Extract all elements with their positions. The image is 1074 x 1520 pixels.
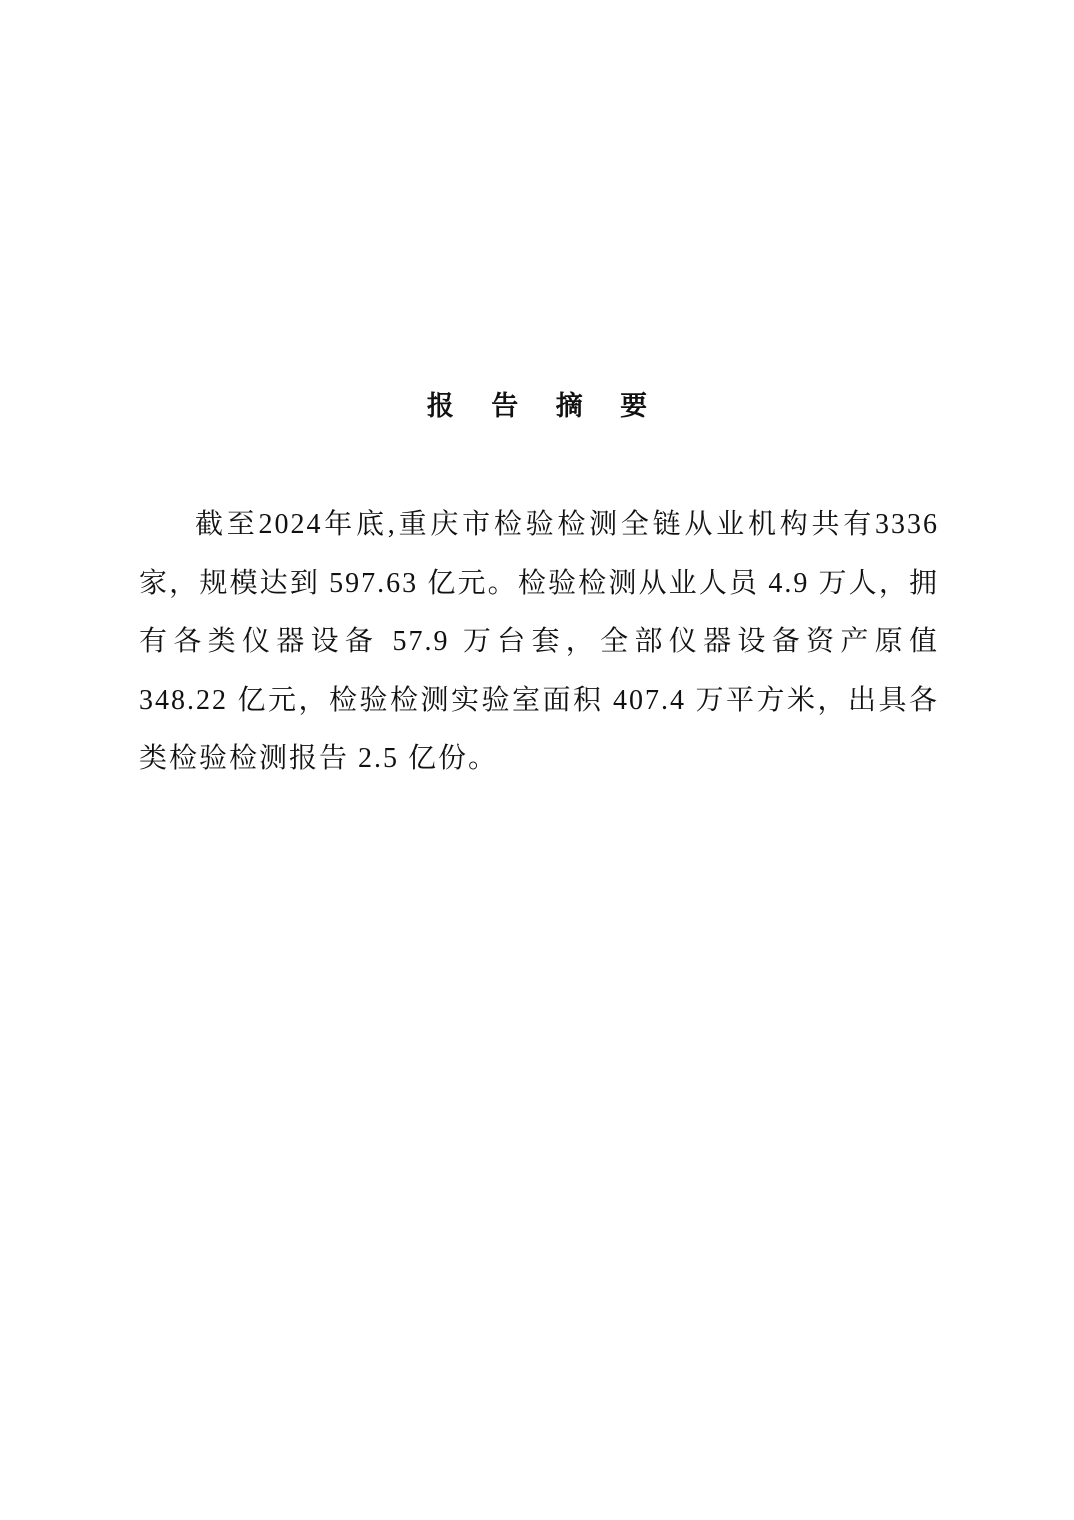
page-title: 报 告 摘 要 [0, 384, 1074, 423]
summary-paragraph: 截至2024年底,重庆市检验检测全链从业机构共有3336家，规模达到 597.6… [139, 496, 939, 789]
